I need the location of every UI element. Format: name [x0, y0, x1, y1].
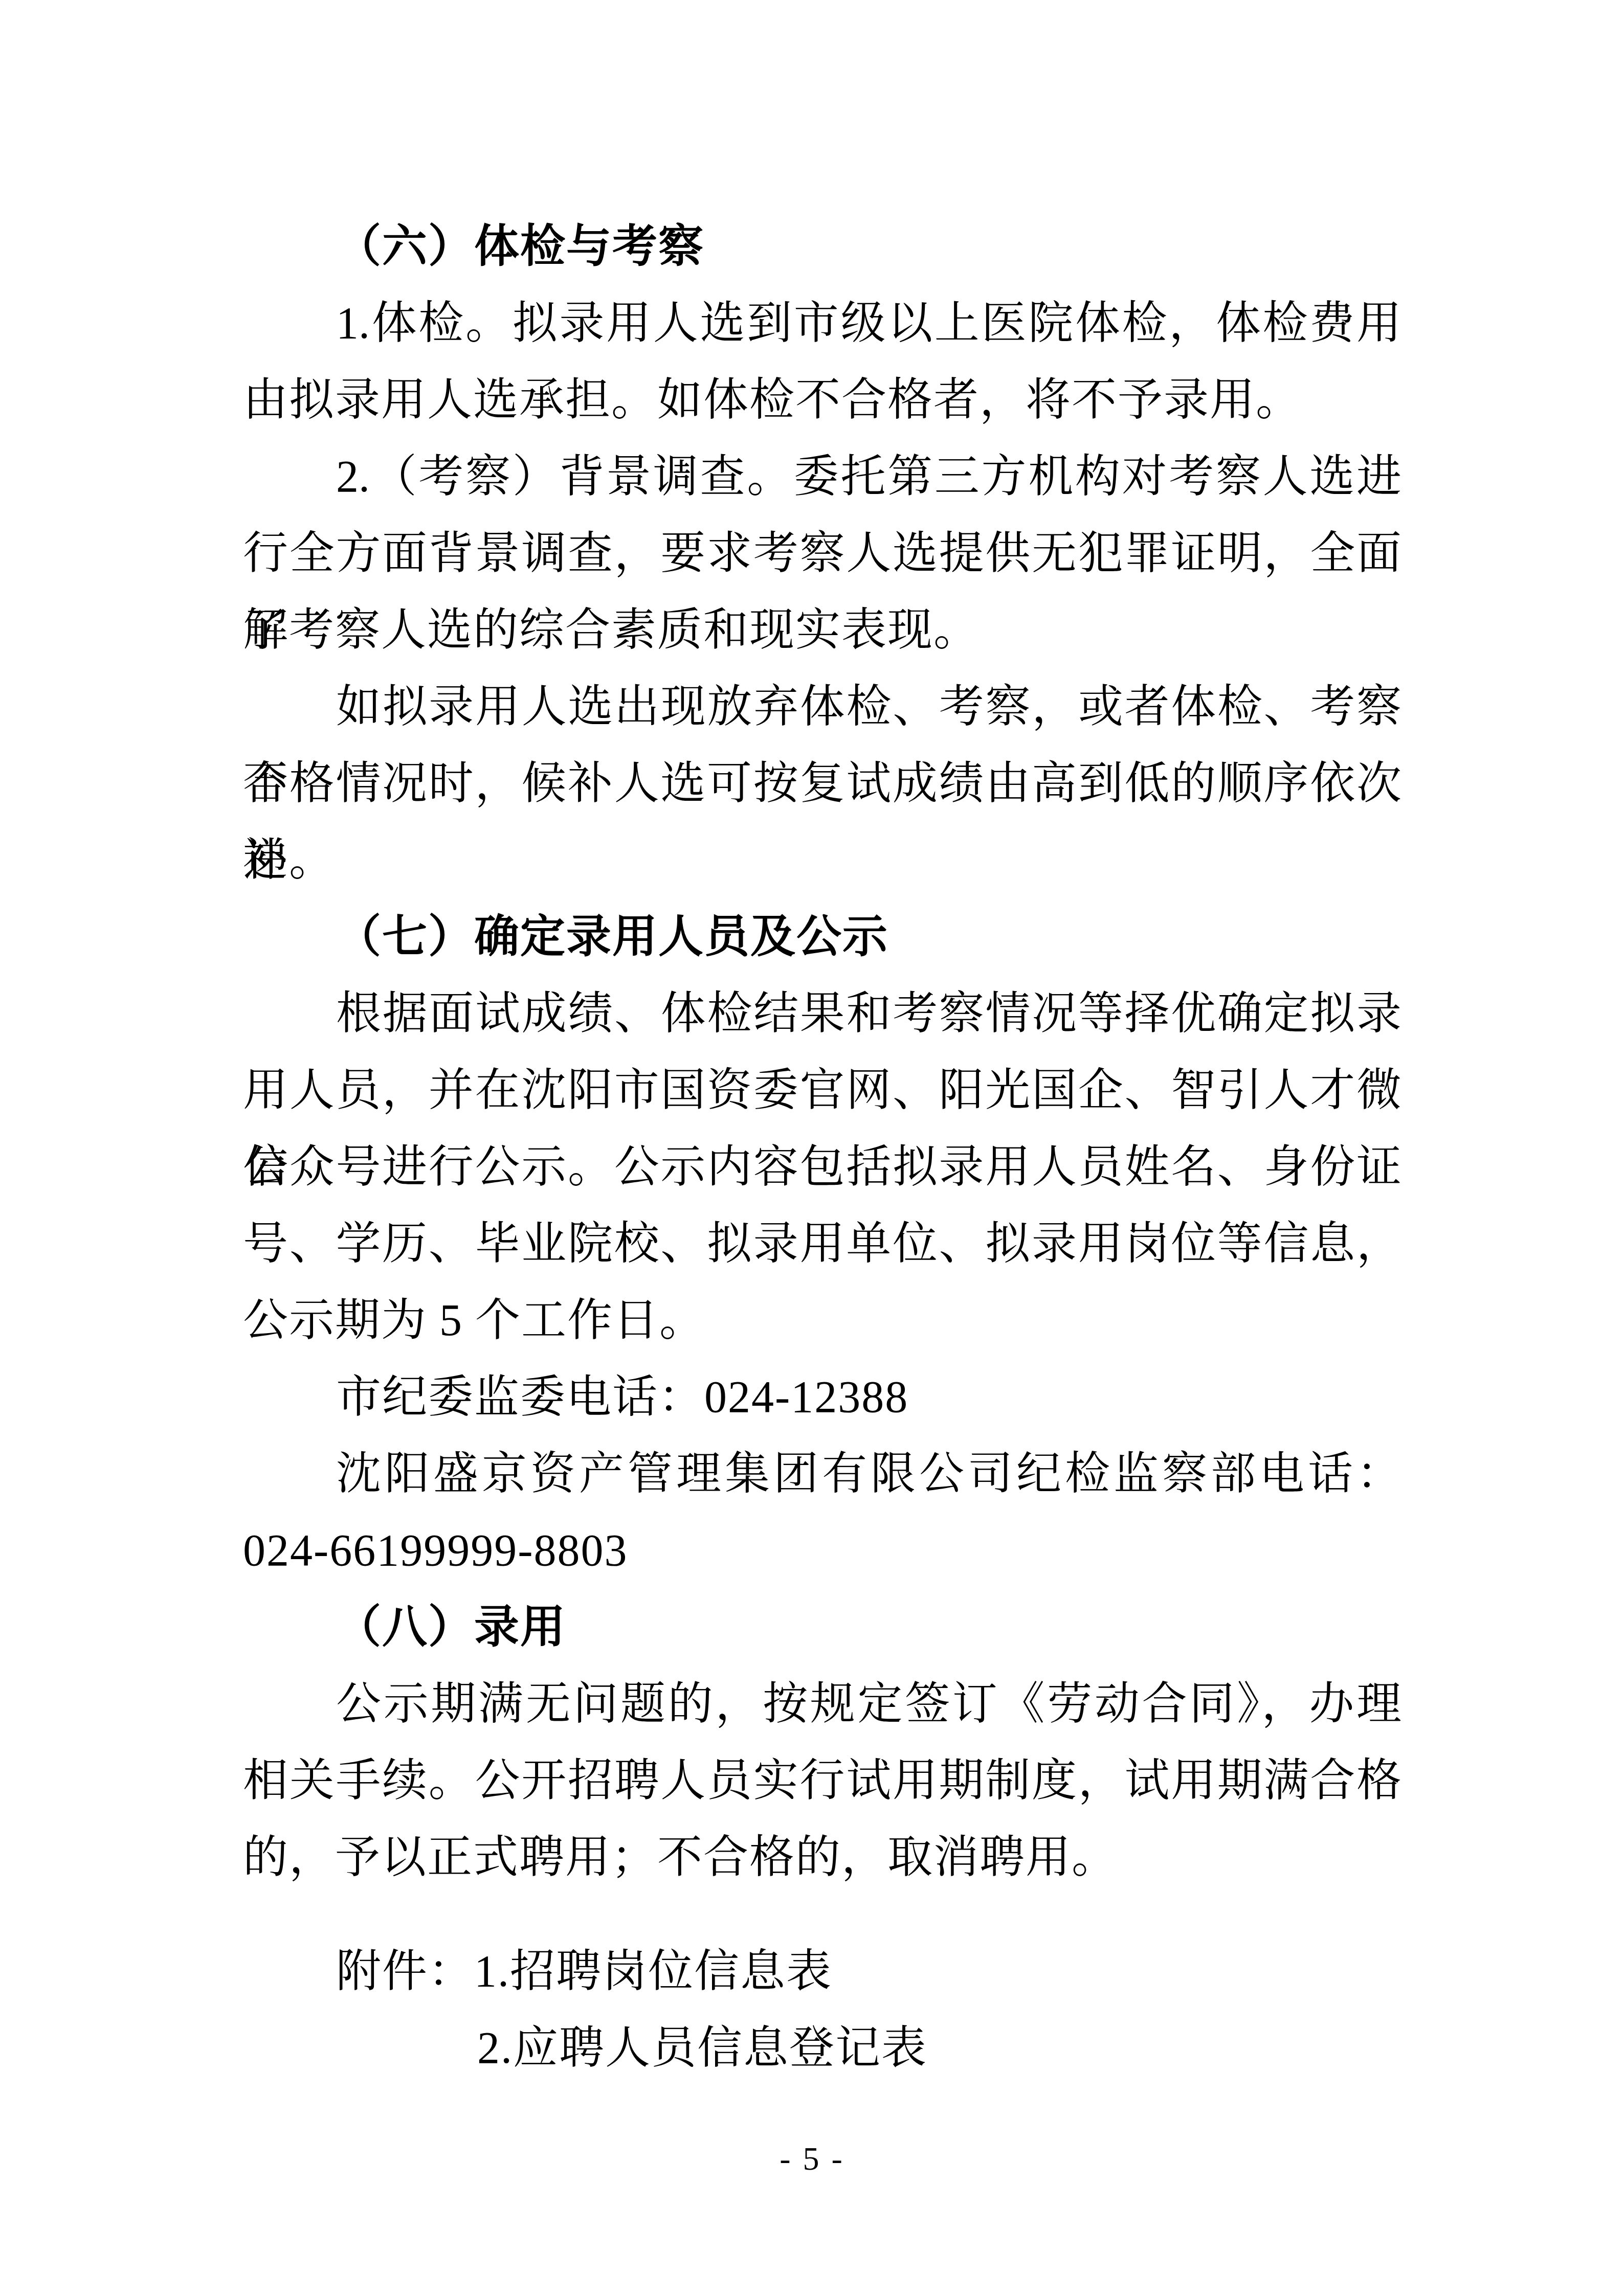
body-line: 合格情况时，候补人选可按复试成绩由高到低的顺序依次递: [243, 746, 1401, 822]
phone-number-line: 024-66199999-8803: [243, 1513, 1401, 1589]
attachment-line-1: 附件：1.招聘岗位信息表: [243, 1933, 1401, 2010]
page-number: - 5 -: [0, 2140, 1624, 2178]
phone-line-company: 沈阳盛京资产管理集团有限公司纪检监察部电话：: [243, 1436, 1401, 1513]
body-line: 行全方面背景调查，要求考察人选提供无犯罪证明，全面了: [243, 515, 1401, 592]
heading-section-6: （六）体检与考察: [243, 209, 1401, 285]
attachment-line-2: 2.应聘人员信息登记表: [243, 2010, 1401, 2087]
body-line: 如拟录用人选出现放弃体检、考察，或者体检、考察不: [243, 669, 1401, 746]
body-line: 用人员，并在沈阳市国资委官网、阳光国企、智引人才微信: [243, 1052, 1401, 1129]
body-line: 相关手续。公开招聘人员实行试用期制度，试用期满合格: [243, 1743, 1401, 1819]
blank-line: [243, 1896, 1401, 1933]
body-line: 公众号进行公示。公示内容包括拟录用人员姓名、身份证: [243, 1129, 1401, 1206]
body-line: 2.（考察）背景调查。委托第三方机构对考察人选进: [243, 439, 1401, 515]
body-line: 号、学历、毕业院校、拟录用单位、拟录用岗位等信息，: [243, 1206, 1401, 1282]
body-line: 公示期为 5 个工作日。: [243, 1282, 1401, 1359]
heading-section-7: （七）确定录用人员及公示: [243, 899, 1401, 976]
document-page: （六）体检与考察 1.体检。拟录用人选到市级以上医院体检，体检费用 由拟录用人选…: [0, 0, 1624, 2296]
body-line: 1.体检。拟录用人选到市级以上医院体检，体检费用: [243, 285, 1401, 362]
body-line: 的，予以正式聘用；不合格的，取消聘用。: [243, 1819, 1401, 1896]
body-line: 公示期满无问题的，按规定签订《劳动合同》，办理: [243, 1666, 1401, 1743]
heading-section-8: （八）录用: [243, 1589, 1401, 1666]
body-line: 补。: [243, 822, 1401, 899]
body-line: 根据面试成绩、体检结果和考察情况等择优确定拟录: [243, 976, 1401, 1052]
body-line: 由拟录用人选承担。如体检不合格者，将不予录用。: [243, 362, 1401, 439]
document-body: （六）体检与考察 1.体检。拟录用人选到市级以上医院体检，体检费用 由拟录用人选…: [243, 209, 1401, 2087]
body-line: 解考察人选的综合素质和现实表现。: [243, 592, 1401, 669]
phone-line-jiwei: 市纪委监委电话：024-12388: [243, 1359, 1401, 1436]
